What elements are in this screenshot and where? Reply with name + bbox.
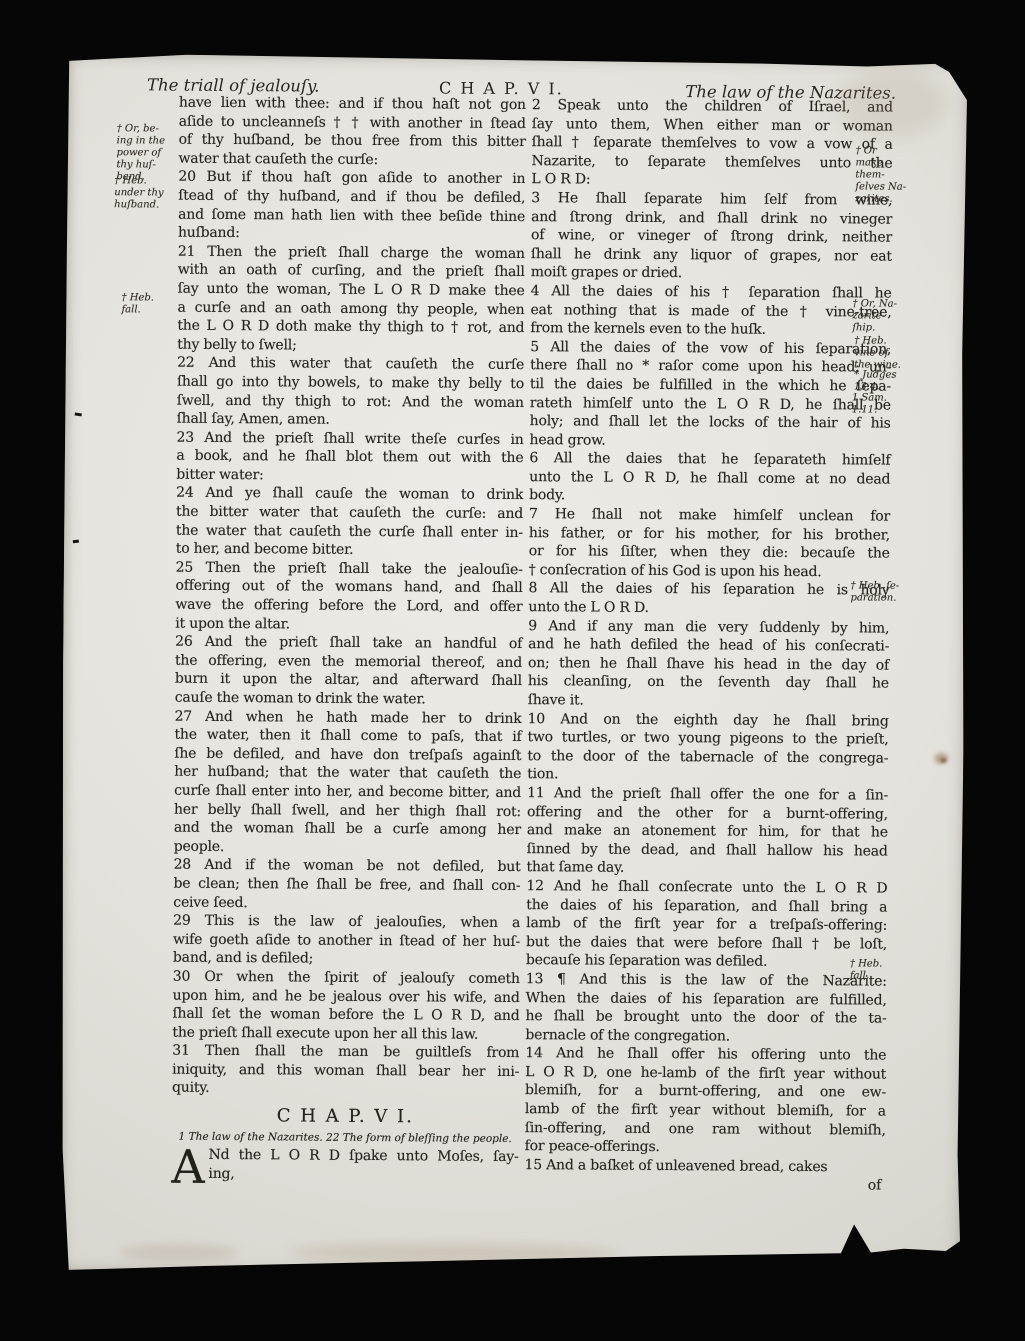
catchword: of xyxy=(524,1175,885,1197)
text-line: 4 All the daies of his † ſeparation ſhal… xyxy=(531,282,892,303)
text-line: be clean; then ſhe ſhall be free, and ſh… xyxy=(173,875,520,896)
text-line: offering out of the womans hand, and ſha… xyxy=(175,577,522,598)
text-line: a curſe and an oath among thy people, wh… xyxy=(177,298,524,319)
text-line: 31 Then ſhall the man be guiltleſs from xyxy=(172,1042,519,1063)
text-line: offering and the other for a burnt-offer… xyxy=(527,803,888,824)
text-line: ſhe be defiled, and have don treſpaſs ag… xyxy=(174,744,521,765)
text-line: the daies of his ſeparation, and ſhall b… xyxy=(526,896,887,917)
text-line: Nazarite, to ſeparate themſelves unto th… xyxy=(531,152,892,173)
text-line: he ſhall be brought unto the door of the… xyxy=(525,1007,886,1028)
text-line: 27 And when he hath made her to drink xyxy=(175,707,522,728)
text-line: ſhall ſet the woman before the L O R D, … xyxy=(172,1005,519,1026)
paper-edge-mark xyxy=(75,412,82,416)
text-line: unto the L O R D, he ſhall come at no de… xyxy=(529,468,890,489)
text-line: ſhall ſay, Amen, amen. xyxy=(177,410,524,431)
text-line: iniquity, and this woman ſhall bear her … xyxy=(172,1060,519,1081)
text-line: to the door of the tabernacle of the con… xyxy=(527,747,888,768)
text-line: 5 All the daies of the vow of his ſepara… xyxy=(530,338,891,359)
text-line: ceive ſeed. xyxy=(173,893,520,914)
text-line: for peace-offerings. xyxy=(525,1137,886,1158)
text-line: lamb of the firſt year without blemiſh, … xyxy=(525,1100,886,1121)
text-line: holy; and ſhall let the locks of the hai… xyxy=(530,412,891,433)
left-column: have lien with thee: and if thou haſt no… xyxy=(171,94,526,1188)
text-line: or for his ſiſter, when they die: becauſ… xyxy=(529,542,890,563)
running-title-left: The triall of jealouſy. xyxy=(147,75,320,95)
text-line: a book, and he ſhall blot them out with … xyxy=(176,447,523,468)
text-line: body. xyxy=(529,487,890,508)
text-line: 23 And the prieſt ſhall write theſe curſ… xyxy=(177,428,524,449)
text-line: upon him, and he be jealous over his wif… xyxy=(173,986,520,1007)
text-line: 14 And he ſhall offer his offering unto … xyxy=(525,1044,886,1065)
text-line: huſband: xyxy=(178,224,525,245)
text-line: that ſame day. xyxy=(527,858,888,879)
text-line: 24 And ye ſhall cauſe the woman to drink xyxy=(176,484,523,505)
chapter-opening: A Nd the L O R D ſpake unto Moſes, ſay- … xyxy=(171,1146,518,1188)
text-line: 13 ¶ And this is the law of the Nazarite… xyxy=(526,970,887,991)
text-line: ing, xyxy=(208,1165,518,1186)
text-line: of wine, or vineger of ſtrong drink, nei… xyxy=(531,226,892,247)
text-line: and he hath defiled the head of his conſ… xyxy=(528,635,889,656)
text-line: 7 He ſhall not make himſelf unclean for xyxy=(529,505,890,526)
text-line: ſinned by the dead, and ſhall hallow his… xyxy=(527,840,888,861)
text-line: with an oath of curſing, and the prieſt … xyxy=(178,261,525,282)
text-line: wave the offering before the Lord, and o… xyxy=(175,596,522,617)
text-line: bitter water: xyxy=(176,466,523,487)
stain xyxy=(289,1242,619,1264)
chapter-argument: 1 The law of the Nazarites. 22 The form … xyxy=(172,1130,519,1146)
text-line: thy belly to ſwell; xyxy=(177,335,524,356)
text-line: aſide to uncleanneſs † † with another in… xyxy=(179,112,526,133)
text-line: cauſe the woman to drink the water. xyxy=(175,689,522,710)
text-line: the offering, even the memorial thereof,… xyxy=(175,651,522,672)
paper-edge-mark xyxy=(73,540,79,544)
text-line: burn it upon the altar, and afterward ſh… xyxy=(175,670,522,691)
text-line: ſay unto the woman, The L O R D make the… xyxy=(178,280,525,301)
text-line: ſhall he drink any liquor of grapes, nor… xyxy=(531,245,892,266)
text-line: ſtead of thy huſband, and if thou be def… xyxy=(178,187,525,208)
text-line: moiſt grapes or dried. xyxy=(531,263,892,284)
text-line: blemiſh, for a burnt-offering, and one e… xyxy=(525,1082,886,1103)
book-page: The triall of jealouſy. C H A P. V I. Th… xyxy=(59,49,973,1281)
text-line: 12 And he ſhall conſecrate unto the L O … xyxy=(526,877,887,898)
text-line: 3 He ſhall ſeparate him ſelf from wine, xyxy=(531,189,892,210)
right-column: 2 Speak unto the children of Iſrael, and… xyxy=(524,96,893,1196)
text-line: 29 This is the law of jealouſies, when a xyxy=(173,912,520,933)
stain xyxy=(837,68,947,139)
text-line: eat nothing that is made of the † vine-t… xyxy=(530,301,891,322)
text-line: L O R D: xyxy=(531,170,892,191)
text-line: her huſband; that the water that cauſeth… xyxy=(174,763,521,784)
text-line: it upon the altar. xyxy=(175,614,522,635)
text-line: 8 All the daies of his ſeparation he is … xyxy=(528,580,889,601)
text-line: head grow. xyxy=(530,431,891,452)
text-line: ſhave it. xyxy=(528,691,889,712)
text-line: ſhall go into thy bowels, to make thy be… xyxy=(177,373,524,394)
text-line: and the woman ſhall be a curſe among her xyxy=(174,819,521,840)
text-line: 15 And a baſket of unleavened bread, cak… xyxy=(524,1156,885,1177)
text-line: rateth himſelf unto the L O R D, he ſhal… xyxy=(530,394,891,415)
text-line: L O R D, one he-lamb of the firſt year w… xyxy=(525,1063,886,1084)
text-line: tion. xyxy=(527,765,888,786)
text-line: and ſome man hath lien with thee beſide … xyxy=(178,205,525,226)
text-line: til the daies be fulfilled in the which … xyxy=(530,375,891,396)
text-line: of thy huſband, be thou free from this b… xyxy=(179,131,526,152)
text-line: quity. xyxy=(172,1079,519,1100)
drop-cap: A xyxy=(171,1147,205,1187)
text-line: people. xyxy=(174,837,521,858)
text-line: his father, or for his mother, for his b… xyxy=(529,524,890,545)
text-line: Nd the L O R D ſpake unto Moſes, ſay- xyxy=(209,1146,519,1167)
text-line: 20 But if thou haſt gon aſide to another… xyxy=(178,168,525,189)
text-line: 25 Then the prieſt ſhall take the jealou… xyxy=(176,558,523,579)
text-line: unto the L O R D. xyxy=(528,598,889,619)
text-line: and make an atonement for him, for that … xyxy=(527,821,888,842)
text-line: ſwell, and thy thigh to rot: And the wom… xyxy=(177,391,524,412)
text-line: water that cauſeth the curſe: xyxy=(178,149,525,170)
text-line: have lien with thee: and if thou haſt no… xyxy=(179,94,526,115)
margin-note: † Heb. fall. xyxy=(121,292,181,316)
stain xyxy=(940,758,946,763)
text-line: two turtles, or two young pigeons to the… xyxy=(527,728,888,749)
chapter-heading: C H A P. V I. xyxy=(172,1105,519,1129)
text-line: band, and is defiled; xyxy=(173,949,520,970)
text-line: 30 Or when the ſpirit of jealouſy cometh xyxy=(173,968,520,989)
text-line: 9 And if any man die very ſuddenly by hi… xyxy=(528,617,889,638)
stain xyxy=(119,1244,239,1261)
text-line: bernacle of the congregation. xyxy=(525,1026,886,1047)
text-line: lamb of the firſt year for a treſpaſs-of… xyxy=(526,914,887,935)
text-line: his cleanſing, on the ſeventh day ſhall … xyxy=(528,672,889,693)
text-line: becauſe his ſeparation was defiled. xyxy=(526,951,887,972)
left-column-lines: have lien with thee: and if thou haſt no… xyxy=(172,94,526,1100)
text-line: the L O R D doth make thy thigh to † rot… xyxy=(177,317,524,338)
right-column-lines: 2 Speak unto the children of Iſrael, and… xyxy=(524,96,893,1177)
text-line: and ſtrong drink, and ſhall drink no vin… xyxy=(531,208,892,229)
text-line: 10 And on the eighth day he ſhall bring xyxy=(528,710,889,731)
text-line: to her, and become bitter. xyxy=(176,540,523,561)
text-line: wife goeth aſide to another in ſtead of … xyxy=(173,930,520,951)
text-line: † conſecration of his God is upon his he… xyxy=(529,561,890,582)
text-line: 6 All the daies that he ſeparateth himſe… xyxy=(529,449,890,470)
text-line: When the daies of his ſeparation are ful… xyxy=(526,989,887,1010)
text-line: ſhall † ſeparate themſelves to vow a vow… xyxy=(532,133,893,154)
text-line: the water, then it ſhall come to paſs, t… xyxy=(174,726,521,747)
text-line: 21 Then the prieſt ſhall charge the woma… xyxy=(178,242,525,263)
text-line: on; then he ſhall ſhave his head in the … xyxy=(528,654,889,675)
text-line: ſay unto them, When either man or woman xyxy=(532,115,893,136)
text-line: 11 And the prieſt ſhall offer the one fo… xyxy=(527,784,888,805)
margin-note: † Heb. under thy huſband. xyxy=(114,175,174,211)
text-line: 28 And if the woman be not defiled, but xyxy=(174,856,521,877)
text-line: her belly ſhall ſwell, and her thigh ſha… xyxy=(174,800,521,821)
text-line: from the kernels even to the huſk. xyxy=(530,319,891,340)
text-line: curſe ſhall enter into her, and become b… xyxy=(174,782,521,803)
text-line: the bitter water that cauſeth the curſe:… xyxy=(176,503,523,524)
photo-background: { "page": { "header": { "left": "The tri… xyxy=(0,0,1025,1341)
text-line: the prieſt ſhall execute upon her all th… xyxy=(172,1023,519,1044)
text-line: there ſhall no * raſor come upon his hea… xyxy=(530,356,891,377)
text-line: ſin-offering, and one ram without blemiſ… xyxy=(525,1119,886,1140)
text-line: but the daies that were before ſhall † b… xyxy=(526,933,887,954)
text-line: 22 And this water that cauſeth the curſe xyxy=(177,354,524,375)
text-line: 26 And the prieſt ſhall take an handful … xyxy=(175,633,522,654)
text-line: the water that cauſeth the curſe ſhall e… xyxy=(176,521,523,542)
